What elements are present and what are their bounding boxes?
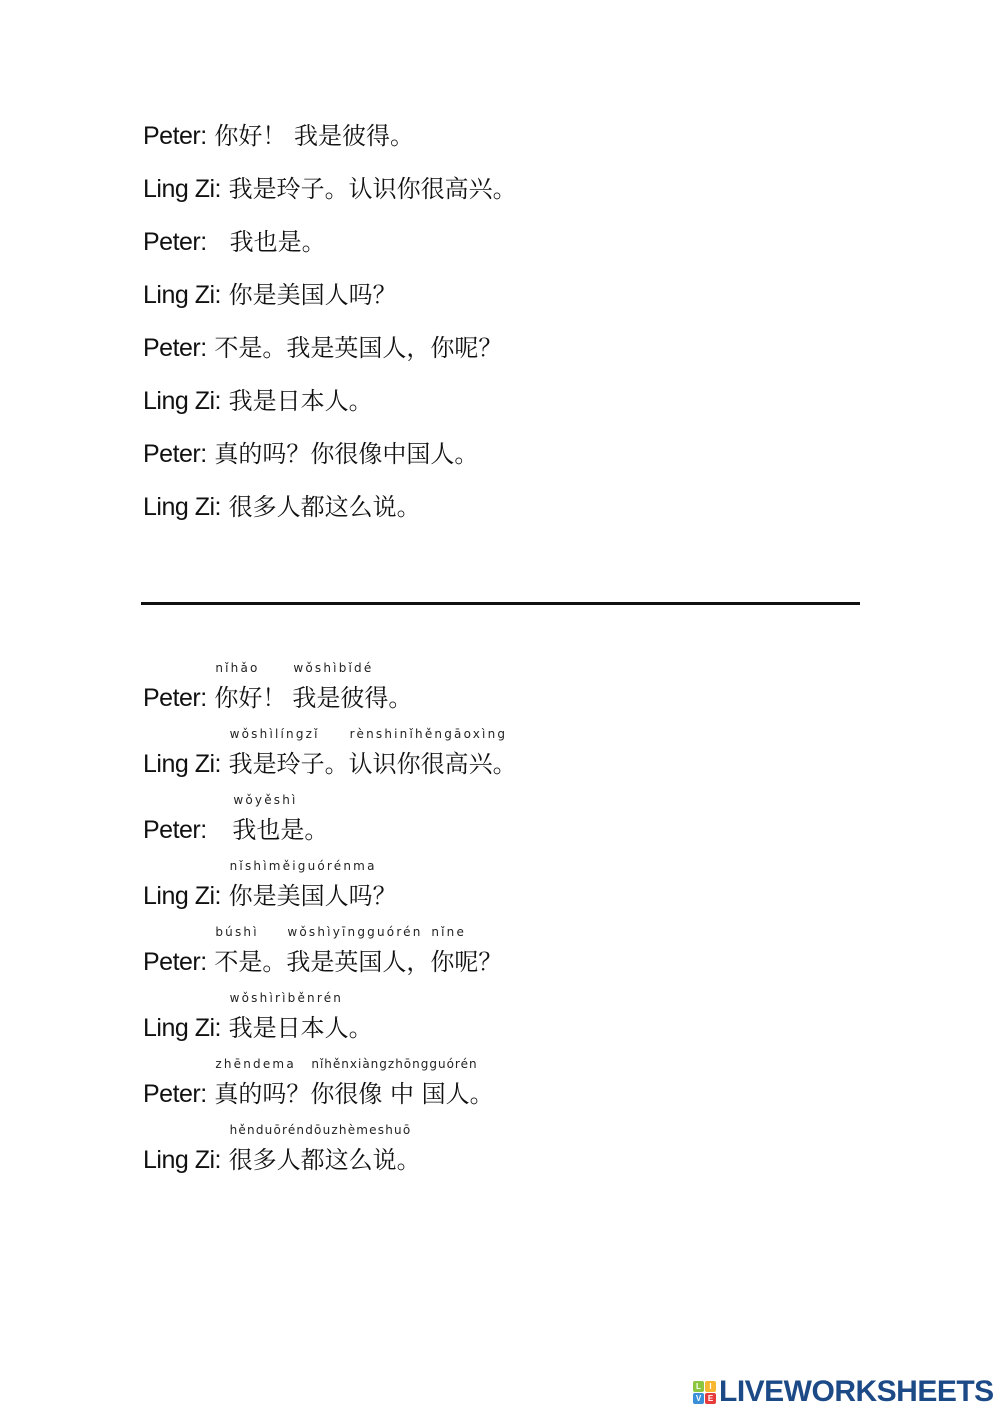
hanzi: 我也是。	[232, 816, 328, 844]
line-text: 你好！ 我是彼得。	[214, 122, 414, 150]
pinyin: nǐshìměiguórénma	[230, 859, 377, 873]
live-logo-icon: L I V E	[693, 1381, 716, 1404]
speaker-label: Ling Zi:	[143, 387, 221, 415]
hanzi: 真的吗？	[214, 1080, 310, 1108]
hanzi: 我是彼得。	[292, 684, 412, 712]
segment: wǒshìyīngguórén我是英国人，	[286, 947, 430, 977]
dialogue-line: Peter: zhēndema真的吗？nǐhěnxiàngzhōngguórén…	[143, 1079, 494, 1109]
speaker-label: Ling Zi:	[143, 1146, 221, 1174]
pinyin: nǐne	[431, 925, 466, 939]
logo-letter: L	[693, 1381, 704, 1392]
segment: wǒshìlíngzǐ我是玲子。	[229, 749, 349, 779]
speaker-label: Ling Zi:	[143, 750, 221, 778]
line-text: 很多人都这么说。	[229, 493, 421, 521]
pinyin: wǒshìyīngguórén	[287, 925, 422, 939]
pinyin: wǒshìrìběnrén	[230, 991, 343, 1005]
hanzi: 你是美国人吗？	[229, 882, 397, 910]
hanzi: 我是英国人，	[286, 948, 430, 976]
speaker-label: Peter:	[143, 334, 207, 362]
dialogue-line: Ling Zi: hěnduōréndōuzhèmeshuō很多人都这么说。	[143, 1145, 421, 1175]
logo-letter: I	[705, 1381, 716, 1392]
liveworksheets-logo: L I V E LIVEWORKSHEETS	[693, 1377, 994, 1407]
hanzi: 你好！	[214, 684, 286, 712]
dialogue-line: Ling Zi: 你是美国人吗？	[143, 280, 397, 310]
pinyin: wǒshìlíngzǐ	[230, 727, 320, 741]
segment: nǐhěnxiàngzhōngguórén你很像 中 国人。	[310, 1079, 493, 1109]
speaker-label: Ling Zi:	[143, 882, 221, 910]
line-text: 你是美国人吗？	[229, 281, 397, 309]
logo-letter: E	[705, 1393, 716, 1404]
hanzi: 很多人都这么说。	[229, 1146, 421, 1174]
segment: wǒshìbǐdé我是彼得。	[292, 683, 412, 713]
pinyin: wǒyěshì	[233, 793, 297, 807]
hanzi: 你呢？	[430, 948, 502, 976]
section-divider	[141, 602, 860, 605]
segment: hěnduōréndōuzhèmeshuō很多人都这么说。	[229, 1145, 421, 1175]
speaker-label: Peter:	[143, 684, 207, 712]
pinyin: nǐhěnxiàngzhōngguórén	[311, 1057, 477, 1071]
segment: búshì不是。	[214, 947, 286, 977]
segment: rènshinǐhěngāoxìng认识你很高兴。	[349, 749, 517, 779]
speaker-label: Ling Zi:	[143, 1014, 221, 1042]
dialogue-line: Peter: nǐhǎo你好！wǒshìbǐdé我是彼得。	[143, 683, 412, 713]
line-text: 我是日本人。	[229, 387, 373, 415]
hanzi: 不是。	[214, 948, 286, 976]
pinyin: hěnduōréndōuzhèmeshuō	[230, 1123, 412, 1137]
pinyin: rènshinǐhěngāoxìng	[350, 727, 508, 741]
line-text: 不是。我是英国人，你呢？	[214, 334, 502, 362]
speaker-label: Peter:	[143, 122, 207, 150]
dialogue-line: Ling Zi: wǒshìrìběnrén我是日本人。	[143, 1013, 373, 1043]
hanzi: 我是日本人。	[229, 1014, 373, 1042]
speaker-label: Ling Zi:	[143, 175, 221, 203]
logo-text: LIVEWORKSHEETS	[719, 1377, 994, 1407]
segment: wǒshìrìběnrén我是日本人。	[229, 1013, 373, 1043]
speaker-label: Peter:	[143, 228, 207, 256]
dialogue-line: Ling Zi: nǐshìměiguórénma你是美国人吗？	[143, 881, 397, 911]
hanzi: 我是玲子。	[229, 750, 349, 778]
segment: nǐne你呢？	[430, 947, 502, 977]
speaker-label: Peter:	[143, 1080, 207, 1108]
dialogue-line: Ling Zi: wǒshìlíngzǐ我是玲子。rènshinǐhěngāox…	[143, 749, 517, 779]
speaker-label: Ling Zi:	[143, 493, 221, 521]
dialogue-line: Peter: 你好！ 我是彼得。	[143, 121, 414, 151]
pinyin: búshì	[215, 925, 258, 939]
dialogue-line: Ling Zi: 很多人都这么说。	[143, 492, 421, 522]
speaker-label: Ling Zi:	[143, 281, 221, 309]
dialogue-line: Peter: wǒyěshì我也是。	[143, 815, 328, 845]
speaker-label: Peter:	[143, 948, 207, 976]
pinyin: zhēndema	[215, 1057, 296, 1071]
segment: nǐshìměiguórénma你是美国人吗？	[229, 881, 397, 911]
line-text: 真的吗？你很像中国人。	[214, 440, 478, 468]
line-text: 我也是。	[214, 228, 325, 256]
hanzi: 认识你很高兴。	[349, 750, 517, 778]
dialogue-line: Peter: 我也是。	[143, 227, 326, 257]
segment: zhēndema真的吗？	[214, 1079, 310, 1109]
segment: nǐhǎo你好！	[214, 683, 286, 713]
hanzi: 你很像 中 国人。	[310, 1080, 493, 1108]
line-text: 我是玲子。认识你很高兴。	[229, 175, 517, 203]
dialogue-line: Peter: 不是。我是英国人，你呢？	[143, 333, 502, 363]
dialogue-line: Peter: búshì不是。wǒshìyīngguórén我是英国人，nǐne…	[143, 947, 502, 977]
dialogue-line: Ling Zi: 我是玲子。认识你很高兴。	[143, 174, 517, 204]
pinyin: wǒshìbǐdé	[293, 661, 373, 675]
dialogue-line: Peter: 真的吗？你很像中国人。	[143, 439, 478, 469]
segment: wǒyěshì我也是。	[232, 815, 328, 845]
speaker-label: Peter:	[143, 816, 207, 844]
dialogue-line: Ling Zi: 我是日本人。	[143, 386, 373, 416]
speaker-label: Peter:	[143, 440, 207, 468]
logo-letter: V	[693, 1393, 704, 1404]
pinyin: nǐhǎo	[215, 661, 259, 675]
